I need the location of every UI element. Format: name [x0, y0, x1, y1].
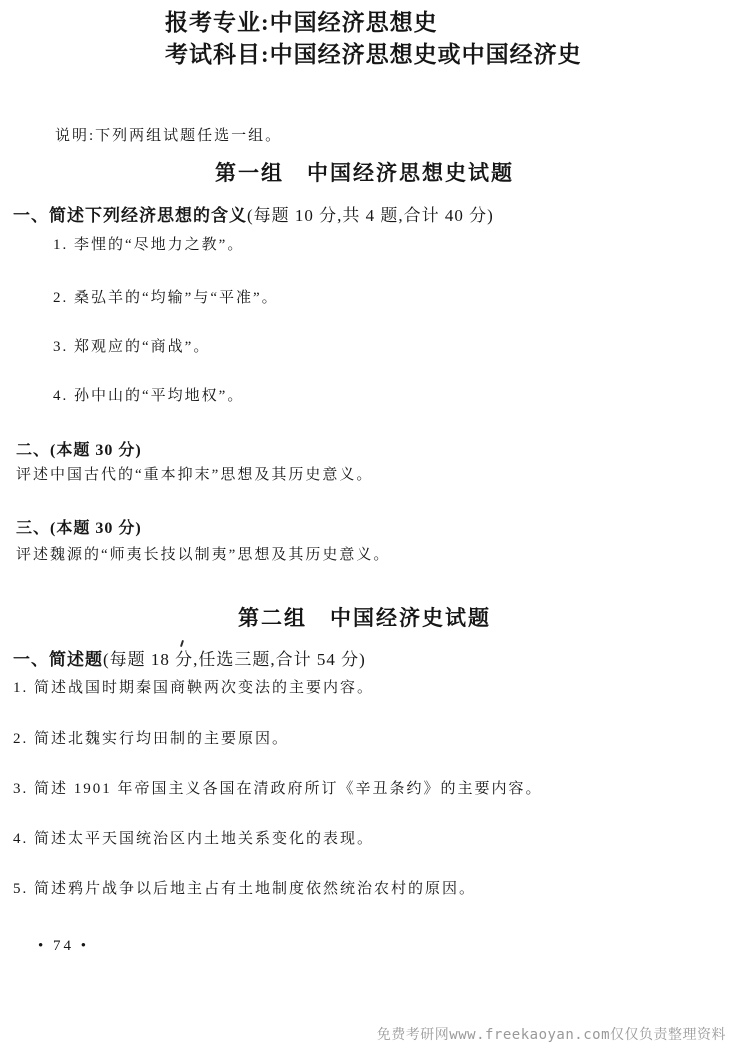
exam-question-item: 1. 简述战国时期秦国商鞅两次变法的主要内容。: [13, 679, 374, 697]
group1-section1-heading-rest: (每题 10 分,共 4 题,合计 40 分): [247, 206, 494, 225]
footer-watermark: 免费考研网www.freekaoyan.com仅仅负责整理资料: [377, 1027, 726, 1044]
group2-section1-heading: 一、简述题(每题 18 分,任选三题,合计 54 分): [13, 650, 366, 670]
scan-artifact-mark: [180, 640, 184, 647]
group2-title: 第二组 中国经济史试题: [0, 606, 729, 631]
exam-question-item: 3. 郑观应的“商战”。: [53, 338, 210, 356]
group1-section2-heading: 二、(本题 30 分): [16, 441, 142, 460]
exam-question-item: 2. 桑弘羊的“均输”与“平准”。: [53, 289, 279, 307]
exam-question-item: 4. 简述太平天国统治区内土地关系变化的表现。: [13, 830, 374, 848]
group1-section1-heading-bold: 一、简述下列经济思想的含义: [13, 206, 247, 225]
group2-section1-heading-rest: (每题 18 分,任选三题,合计 54 分): [103, 650, 366, 669]
exam-paper-page: 报考专业:中国经济思想史 考试科目:中国经济思想史或中国经济史 说明:下列两组试…: [0, 0, 729, 1049]
group1-section3-heading: 三、(本题 30 分): [16, 519, 142, 538]
group1-title: 第一组 中国经济思想史试题: [0, 161, 729, 186]
page-number: • 74 •: [38, 937, 89, 955]
exam-question-item: 5. 简述鸦片战争以后地主占有土地制度依然统治农村的原因。: [13, 880, 476, 898]
exam-note: 说明:下列两组试题任选一组。: [55, 127, 282, 145]
group1-section3-body: 评述魏源的“师夷长技以制夷”思想及其历史意义。: [16, 546, 390, 564]
exam-question-item: 1. 李悝的“尽地力之教”。: [53, 236, 244, 254]
exam-question-item: 2. 简述北魏实行均田制的主要原因。: [13, 730, 289, 748]
exam-question-item: 4. 孙中山的“平均地权”。: [53, 387, 244, 405]
exam-question-item: 3. 简述 1901 年帝国主义各国在清政府所订《辛丑条约》的主要内容。: [13, 780, 543, 798]
exam-header-subject-line: 考试科目:中国经济思想史或中国经济史: [165, 41, 582, 69]
group1-section1-heading: 一、简述下列经济思想的含义(每题 10 分,共 4 题,合计 40 分): [13, 206, 494, 226]
exam-header-major-line: 报考专业:中国经济思想史: [165, 9, 438, 37]
group2-section1-heading-bold: 一、简述题: [13, 650, 103, 669]
group1-section2-body: 评述中国古代的“重本抑末”思想及其历史意义。: [16, 466, 373, 484]
